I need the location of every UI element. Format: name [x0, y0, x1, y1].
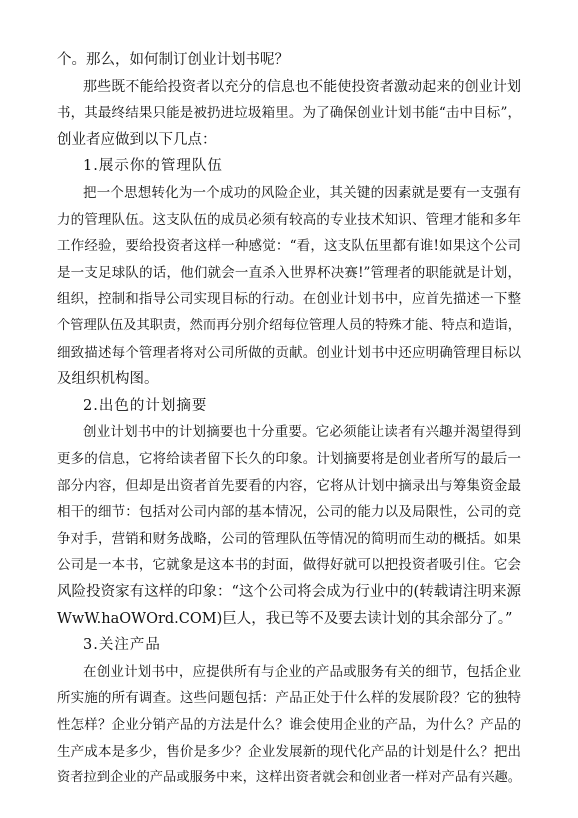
text-line: 性怎样？企业分销产品的方法是什么？谁会使用企业的产品，为什么？产品的 [57, 715, 521, 735]
text-line: 细致描述每个管理者将对公司所做的贡献。创业计划书中还应明确管理目标以 [57, 343, 521, 363]
text-line: 相干的细节：包括对公司内部的基本情况，公司的能力以及局限性，公司的竞 [57, 502, 521, 522]
text-line: 资者拉到企业的产品或服务中来，这样出资者就会和创业者一样对产品有兴趣。 [57, 768, 521, 788]
section-heading: 2.出色的计划摘要 [83, 396, 521, 416]
text-line: 是一支足球队的话，他们就会一直杀入世界杯决赛!”管理者的职能就是计划， [57, 263, 521, 283]
text-line: 力的管理队伍。这支队伍的成员必须有较高的专业技术知识、管理才能和多年 [57, 210, 521, 230]
text-line: 把一个思想转化为一个成功的风险企业，其关键的因素就是要有一支强有 [83, 183, 521, 203]
text-line: 争对手，营销和财务战略，公司的管理队伍等情况的简明而生动的概括。如果 [57, 529, 521, 549]
text-line: WwW.haOWOrd.COM)巨人，我已等不及要去读计划的其余部分了。” [57, 609, 521, 629]
text-line: 个。那么，如何制订创业计划书呢？ [57, 50, 521, 70]
document-page: 个。那么，如何制订创业计划书呢？那些既不能给投资者以充分的信息也不能使投资者激动… [0, 0, 578, 818]
text-line: 组织，控制和指导公司实现目标的行动。在创业计划书中，应首先描述一下整 [57, 289, 521, 309]
text-line: 工作经验，要给投资者这样一种感觉：“看，这支队伍里都有谁!如果这个公司 [57, 236, 521, 256]
text-line: 个管理队伍及其职责，然而再分别介绍每位管理人员的特殊才能、特点和造诣， [57, 316, 521, 336]
text-line: 及组织机构图。 [57, 369, 521, 389]
text-line: 所实施的所有调查。这些问题包括：产品正处于什么样的发展阶段？它的独特 [57, 688, 521, 708]
section-heading: 3.关注产品 [83, 635, 521, 655]
text-line: 创业者应做到以下几点： [57, 130, 521, 150]
text-line: 更多的信息，它将给读者留下长久的印象。计划摘要将是创业者所写的最后一 [57, 449, 521, 469]
text-line: 部分内容，但却是出资者首先要看的内容，它将从计划中摘录出与筹集资金最 [57, 476, 521, 496]
text-line: 公司是一本书，它就象是这本书的封面，做得好就可以把投资者吸引住。它会 [57, 555, 521, 575]
text-line: 书，其最终结果只能是被扔进垃圾箱里。为了确保创业计划书能“击中目标”， [57, 103, 521, 123]
text-line: 风险投资家有这样的印象：“这个公司将会成为行业中的(转载请注明来源 [57, 582, 521, 602]
text-line: 那些既不能给投资者以充分的信息也不能使投资者激动起来的创业计划 [83, 77, 521, 97]
section-heading: 1.展示你的管理队伍 [83, 156, 521, 176]
text-line: 生产成本是多少，售价是多少？企业发展新的现代化产品的计划是什么？把出 [57, 742, 521, 762]
text-line: 创业计划书中的计划摘要也十分重要。它必须能让读者有兴趣并渴望得到 [83, 422, 521, 442]
text-line: 在创业计划书中，应提供所有与企业的产品或服务有关的细节，包括企业 [83, 662, 521, 682]
